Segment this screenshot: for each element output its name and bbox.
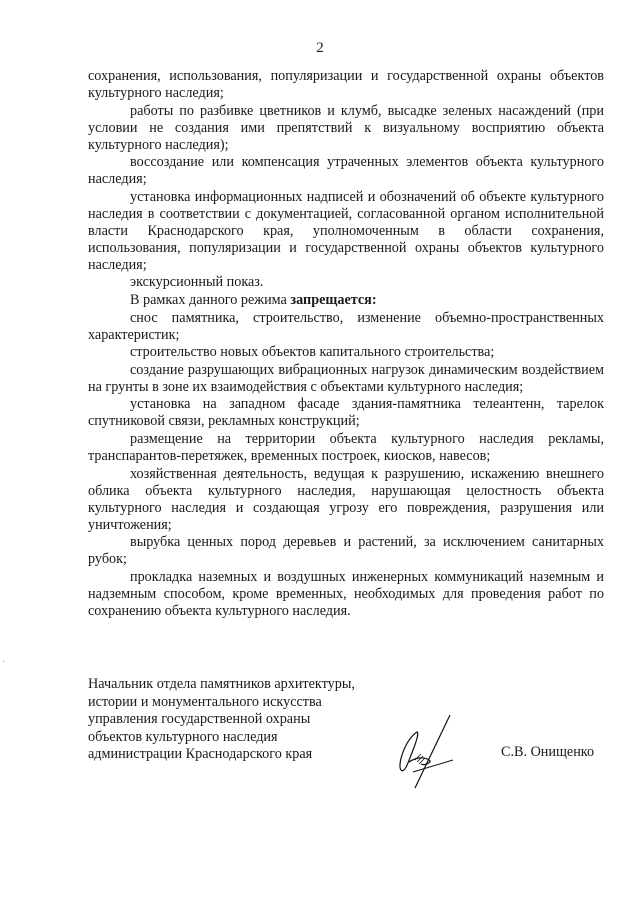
paragraph: работы по разбивке цветников и клумб, вы… <box>88 103 604 154</box>
signer-position-line: истории и монументального искусства <box>88 694 348 712</box>
signer-position-line: Начальник отдела памятников архитектуры, <box>88 676 348 694</box>
prohibited-keyword: запрещается: <box>290 292 376 308</box>
handwritten-signature-icon <box>395 710 455 790</box>
signer-position-line: объектов культурного наследия <box>88 729 348 747</box>
signer-name: С.В. Онищенко <box>501 744 594 761</box>
signer-position-line: администрации Краснодарского края <box>88 746 348 764</box>
signer-position: Начальник отдела памятников архитектуры,… <box>88 676 348 764</box>
paragraph: размещение на территории объекта культур… <box>88 431 604 465</box>
heading-text: В рамках данного режима <box>130 292 290 308</box>
paragraph: хозяйственная деятельность, ведущая к ра… <box>88 466 604 534</box>
paragraph: экскурсионный показ. <box>88 274 604 291</box>
paragraph: установка на западном фасаде здания-памя… <box>88 396 604 430</box>
document-body: сохранения, использования, популяризации… <box>88 68 604 620</box>
paragraph: строительство новых объектов капитальног… <box>88 344 604 361</box>
scan-dot <box>3 661 4 662</box>
signer-position-line: управления государственной охраны <box>88 711 348 729</box>
paragraph: прокладка наземных и воздушных инженерны… <box>88 569 604 620</box>
paragraph: снос памятника, строительство, изменение… <box>88 310 604 344</box>
page-number: 2 <box>0 40 640 57</box>
paragraph: создание разрушающих вибрационных нагруз… <box>88 362 604 396</box>
paragraph: установка информационных надписей и обоз… <box>88 189 604 274</box>
prohibited-heading: В рамках данного режима запрещается: <box>88 292 604 309</box>
paragraph: воссоздание или компенсация утраченных э… <box>88 154 604 188</box>
paragraph: вырубка ценных пород деревьев и растений… <box>88 534 604 568</box>
paragraph: сохранения, использования, популяризации… <box>88 68 604 102</box>
